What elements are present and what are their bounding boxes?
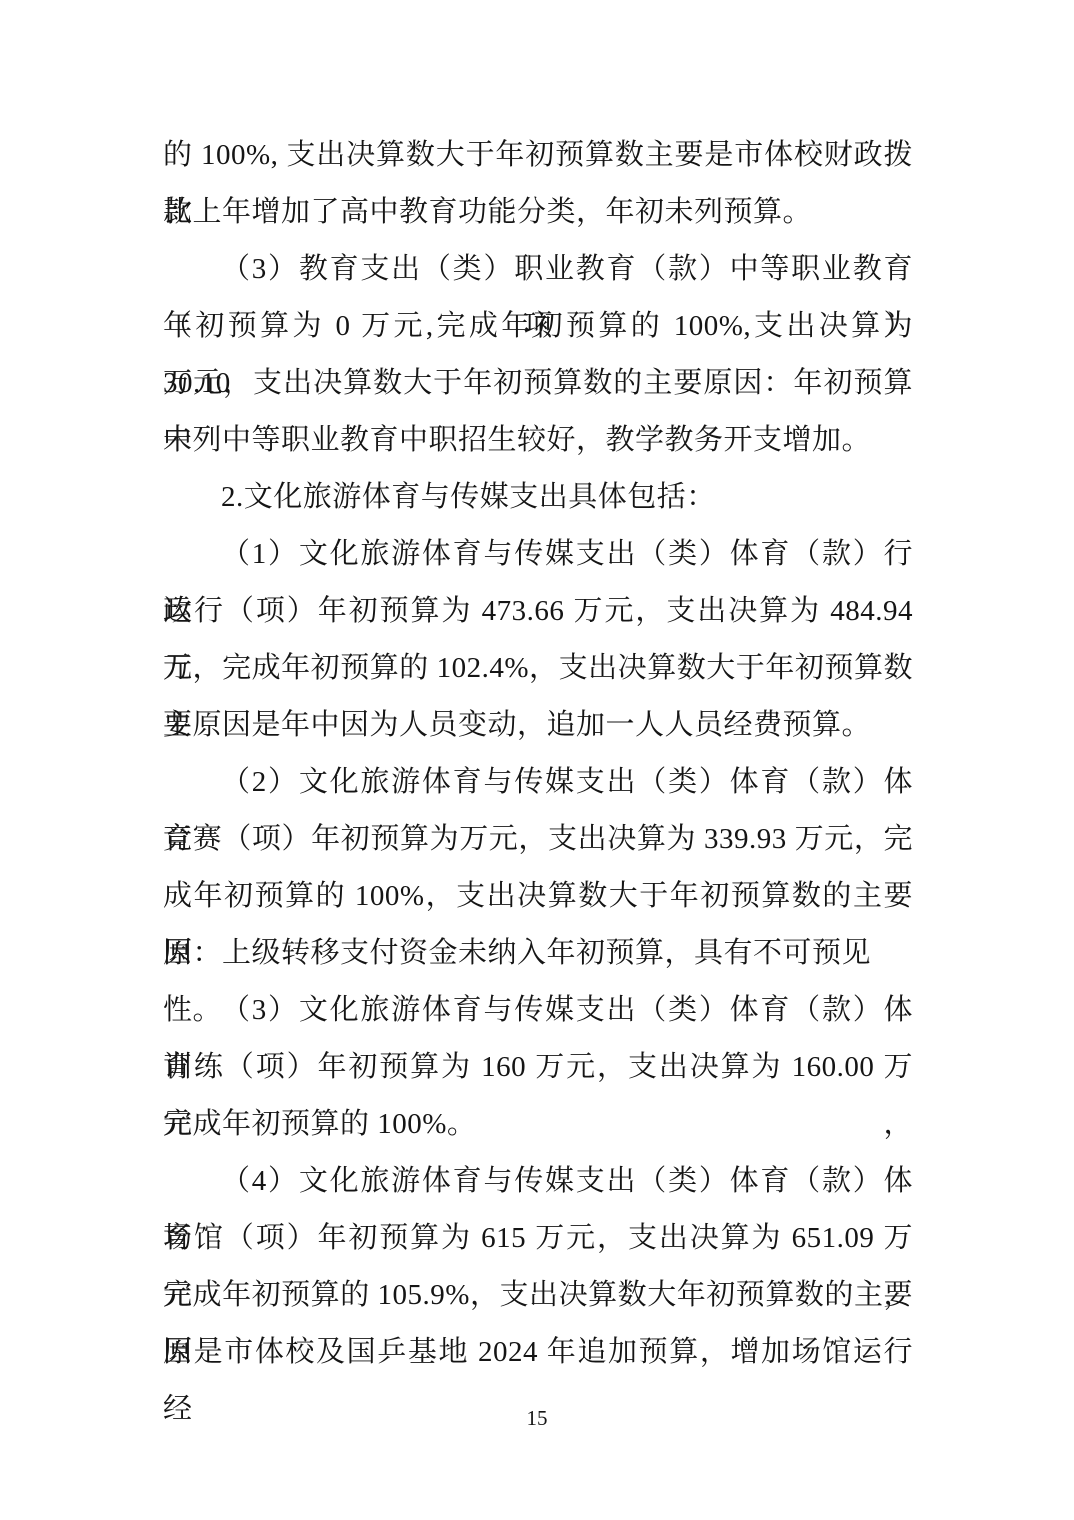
text-line: 运行（项）年初预算为 473.66 万元，支出决算为 484.94 万: [163, 583, 913, 640]
text-line: 因是市体校及国乒基地 2024 年追加预算，增加场馆运行经: [163, 1324, 913, 1381]
text-line: 年初预算为 0 万元,完成年初预算的 100%,支出决算为 30.10: [163, 298, 913, 355]
text-line: （3）教育支出（类）职业教育（款）中等职业教育（项）: [163, 241, 913, 298]
text-body: 的 100%, 支出决算数大于年初预算数主要是市体校财政拨款比上年增加了高中教育…: [163, 127, 913, 1381]
text-line: 万元，支出决算数大于年初预算数的主要原因：年初预算中: [163, 355, 913, 412]
page-number: 15: [0, 1404, 1074, 1432]
text-line: 训练（项）年初预算为 160 万元，支出决算为 160.00 万元，: [163, 1039, 913, 1096]
text-line: 元，完成年初预算的 102.4%，支出决算数大于年初预算数主: [163, 640, 913, 697]
text-line: （3）文化旅游体育与传媒支出（类）体育（款）体育: [163, 982, 913, 1039]
text-line: 完成年初预算的 105.9%，支出决算数大年初预算数的主要原: [163, 1267, 913, 1324]
text-line: 竞赛（项）年初预算为万元，支出决算为 339.93 万元，完: [163, 811, 913, 868]
text-line: 的 100%, 支出决算数大于年初预算数主要是市体校财政拨款: [163, 127, 913, 184]
text-line: （4）文化旅游体育与传媒支出（类）体育（款）体育: [163, 1153, 913, 1210]
text-line: 比上年增加了高中教育功能分类，年初未列预算。: [163, 184, 913, 241]
text-line: （2）文化旅游体育与传媒支出（类）体育（款）体育: [163, 754, 913, 811]
document-page: 的 100%, 支出决算数大于年初预算数主要是市体校财政拨款比上年增加了高中教育…: [0, 0, 1074, 1520]
text-line: 因：上级转移支付资金未纳入年初预算，具有不可预见性。: [163, 925, 913, 982]
text-line: 未列中等职业教育中职招生较好，教学教务开支增加。: [163, 412, 913, 469]
text-line: 2.文化旅游体育与传媒支出具体包括：: [163, 469, 913, 526]
text-line: 场馆（项）年初预算为 615 万元，支出决算为 651.09 万元，: [163, 1210, 913, 1267]
text-line: （1）文化旅游体育与传媒支出（类）体育（款）行政: [163, 526, 913, 583]
text-line: 要原因是年中因为人员变动，追加一人人员经费预算。: [163, 697, 913, 754]
text-line: 成年初预算的 100%，支出决算数大于年初预算数的主要原: [163, 868, 913, 925]
